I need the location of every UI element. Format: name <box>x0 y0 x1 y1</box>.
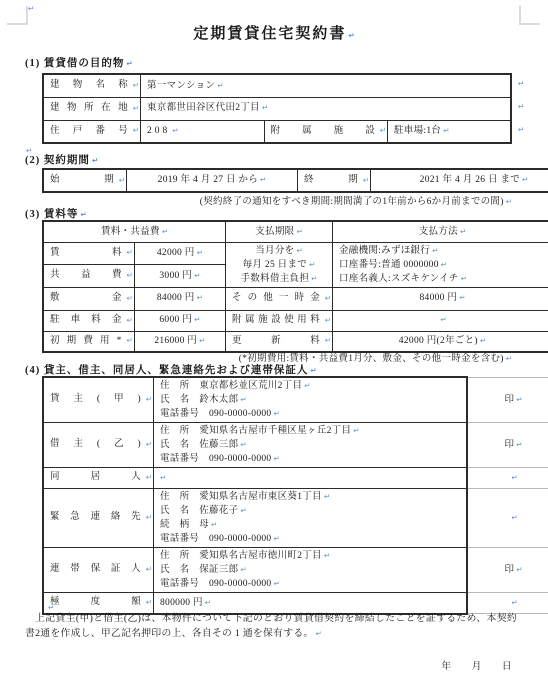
renewal-fee-value: 42000 円(2年ごと)↵ <box>333 331 548 352</box>
table-row: 同居人↵ ↵ ↵ <box>43 468 548 489</box>
deposit-label: 敷金↵ <box>43 287 134 310</box>
method-line: 口座番号:普通 0000000↵ <box>339 258 546 272</box>
table-row: 貸主(甲)↵ 住 所 東京都杉並区荒川2丁目↵ 氏 名 鈴木太郎↵ 電話番号 0… <box>43 377 548 423</box>
parties-table-wrap: 貸主(甲)↵ 住 所 東京都杉並区荒川2丁目↵ 氏 名 鈴木太郎↵ 電話番号 0… <box>42 376 548 615</box>
paragraph-mark-icon: ↵ <box>325 291 331 305</box>
paragraph-mark-icon: ↵ <box>146 563 152 577</box>
paragraph-mark-icon: ↵ <box>262 103 268 112</box>
paragraph-mark-icon: ↵ <box>518 79 524 88</box>
paragraph-mark-icon: ↵ <box>240 506 246 515</box>
paragraph-mark-icon: ↵ <box>119 173 125 187</box>
cohabitant-details: ↵ <box>154 468 468 489</box>
name-line: 氏 名 佐藤三郎↵ <box>160 438 460 452</box>
paragraph-mark-icon: ↵ <box>316 629 322 638</box>
paragraph-mark-icon: ↵ <box>260 175 266 184</box>
paragraph-mark-icon: ↵ <box>440 315 446 324</box>
max-guarantee-seal-cell: ↵ <box>467 593 548 614</box>
paragraph-mark-icon: ↵ <box>461 274 467 283</box>
paragraph-mark-icon: ↵ <box>146 438 152 452</box>
paragraph-mark-icon: ↵ <box>353 426 359 435</box>
paragraph-mark-icon: ↵ <box>133 78 139 92</box>
lessor-label: 貸主(甲)↵ <box>43 377 154 423</box>
phone-line: 電話番号 090-0000-0000↵ <box>160 577 460 591</box>
lessee-details: 住 所 愛知県名古屋市千種区星ヶ丘2丁目↵ 氏 名 佐藤三郎↵ 電話番号 090… <box>154 423 468 468</box>
max-guarantee-value: 800000 円↵ <box>154 593 468 614</box>
unit-number-label: 住戸番号↵ <box>43 120 141 143</box>
deposit-value: 84000 円↵ <box>134 287 225 310</box>
table-header-row: 賃料・共益費↵ 支払期限↵ 支払方法↵ <box>43 221 548 242</box>
attached-facility-value: 駐車場:1台↵ <box>388 120 512 143</box>
deadline-line: 手数料借主負担↵ <box>232 272 326 286</box>
term-table: 始期↵ 2019 年 4 月 27 日 から↵ 終期↵ 2021 年 4 月 2… <box>42 168 548 193</box>
paragraph-mark-icon: ↵ <box>48 603 54 612</box>
paragraph-mark-icon: ↵ <box>460 227 466 236</box>
unit-number-value: 208↵ <box>141 120 265 143</box>
address-line: 住 所 愛知県名古屋市徳川町2丁目↵ <box>160 549 460 563</box>
term-table-wrap: 始期↵ 2019 年 4 月 27 日 から↵ 終期↵ 2021 年 4 月 2… <box>42 168 548 193</box>
paragraph-mark-icon: ↵ <box>348 31 354 40</box>
lessee-label: 借主(乙)↵ <box>43 423 154 468</box>
paragraph-mark-icon: ↵ <box>522 175 528 184</box>
table-row: 賃料↵ 42000 円↵ 当月分を↵ 毎月 25 日まで↵ 手数料借主負担↵ 金… <box>43 242 548 265</box>
table-row: 極度額↵ 800000 円↵ ↵ <box>43 593 548 614</box>
paragraph-mark-icon: ↵ <box>516 440 522 449</box>
paragraph-mark-icon: ↵ <box>380 124 386 138</box>
phone-line: 電話番号 090-0000-0000↵ <box>160 532 460 546</box>
paragraph-mark-icon: ↵ <box>506 197 512 206</box>
paragraph-mark-icon: ↵ <box>205 598 211 607</box>
parties-table: 貸主(甲)↵ 住 所 東京都杉並区荒川2丁目↵ 氏 名 鈴木太郎↵ 電話番号 0… <box>42 376 548 615</box>
term-notice-note: (契約終了の通知をすべき期間:期間満了の1年前から6か月前までの間)↵ <box>42 193 512 207</box>
paragraph-mark-icon: ↵ <box>240 440 246 449</box>
address-line: 住 所 東京都杉並区荒川2丁目↵ <box>160 379 460 393</box>
cohabitant-label: 同居人↵ <box>43 468 154 489</box>
paragraph-mark-icon: ↵ <box>160 473 166 482</box>
paragraph-mark-icon: ↵ <box>197 248 203 257</box>
paragraph-mark-icon: ↵ <box>296 227 302 236</box>
relation-line: 続 柄 母↵ <box>160 518 460 532</box>
paragraph-mark-icon: ↵ <box>240 395 246 404</box>
lessor-seal-cell: 印↵ <box>467 377 548 423</box>
paragraph-mark-icon: ↵ <box>511 473 517 482</box>
paragraph-mark-icon: ↵ <box>172 126 178 135</box>
common-fee-value: 3000 円↵ <box>134 265 225 288</box>
building-name-label: 建物名称↵ <box>43 74 141 97</box>
paragraph-mark-icon: ↵ <box>126 268 132 282</box>
paragraph-mark-icon: ↵ <box>133 101 139 115</box>
lessor-details: 住 所 東京都杉並区荒川2丁目↵ 氏 名 鈴木太郎↵ 電話番号 090-0000… <box>154 377 468 423</box>
paragraph-mark-icon: ↵ <box>310 366 316 375</box>
phone-line: 電話番号 090-0000-0000↵ <box>160 407 460 421</box>
paragraph-mark-icon: ↵ <box>459 293 465 302</box>
guarantor-label: 連帯保証人↵ <box>43 548 154 593</box>
renewal-fee-label: 更新料↵ <box>226 331 333 352</box>
paragraph-mark-icon: ↵ <box>443 126 449 135</box>
facility-fee-label: 附属施設使用料↵ <box>226 310 333 331</box>
address-line: 住 所 愛知県名古屋市東区葵1丁目↵ <box>160 490 460 504</box>
table-row: 借主(乙)↵ 住 所 愛知県名古屋市千種区星ヶ丘2丁目↵ 氏 名 佐藤三郎↵ 電… <box>43 423 548 468</box>
name-line: 氏 名 鈴木太郎↵ <box>160 393 460 407</box>
paragraph-mark-icon: ↵ <box>296 246 302 255</box>
paragraph-mark-icon: ↵ <box>325 334 331 348</box>
paragraph-mark-icon: ↵ <box>324 551 330 560</box>
rent-value: 42000 円↵ <box>134 242 225 265</box>
phone-line: 電話番号 090-0000-0000↵ <box>160 452 460 466</box>
paragraph-mark-icon: ↵ <box>304 381 310 390</box>
paragraph-mark-icon: ↵ <box>516 565 522 574</box>
rent-fee-column-header: 賃料・共益費↵ <box>43 221 226 242</box>
paragraph-mark-icon: ↵ <box>325 313 331 327</box>
term-end-label: 終期↵ <box>298 169 371 192</box>
initial-cost-label: 初期費用*↵ <box>43 331 134 352</box>
contract-document-page: ↵ 定期賃貸住宅契約書↵ (1) 賃貸借の目的物↵ 建物名称↵ 第一マンション↵… <box>0 0 548 700</box>
emergency-contact-seal-cell: ↵ <box>467 489 548 548</box>
paragraph-mark-icon: ↵ <box>146 511 152 525</box>
term-end-value: 2021 年 4 月 26 日 まで↵ <box>371 169 548 192</box>
paragraph-mark-icon: ↵ <box>126 334 132 348</box>
parking-fee-value: 6000 円↵ <box>134 310 225 331</box>
section1-heading: (1) 賃貸借の目的物↵ <box>25 55 133 70</box>
lessee-seal-cell: 印↵ <box>467 423 548 468</box>
term-start-label: 始期↵ <box>43 169 127 192</box>
initial-cost-value: 216000 円↵ <box>134 331 225 352</box>
property-table: 建物名称↵ 第一マンション↵ 建物所在地↵ 東京都世田谷区代田2丁目↵ 住戸番号… <box>42 73 512 144</box>
table-row: 緊急連絡先↵ 住 所 愛知県名古屋市東区葵1丁目↵ 氏 名 佐藤花子↵ 続 柄 … <box>43 489 548 548</box>
other-onetime-value: 84000 円↵ <box>333 287 548 310</box>
paragraph-mark-icon: ↵ <box>199 336 205 345</box>
paragraph-mark-icon: ↵ <box>28 4 34 13</box>
paragraph-mark-icon: ↵ <box>126 313 132 327</box>
table-row: 駐車料金↵ 6000 円↵ 附属施設使用料↵ ↵ <box>43 310 548 331</box>
section2-heading: (2) 契約期間↵ <box>25 152 98 167</box>
table-row: 建物所在地↵ 東京都世田谷区代田2丁目↵ <box>43 97 511 120</box>
paragraph-mark-icon: ↵ <box>126 246 132 260</box>
paragraph-mark-icon: ↵ <box>309 260 315 269</box>
deadline-line: 毎月 25 日まで↵ <box>232 258 326 272</box>
paragraph-mark-icon: ↵ <box>432 246 438 255</box>
paragraph-mark-icon: ↵ <box>273 534 279 543</box>
paragraph-mark-icon: ↵ <box>146 595 152 609</box>
guarantor-seal-cell: 印↵ <box>467 548 548 593</box>
paragraph-mark-icon: ↵ <box>506 354 512 363</box>
payment-method-column-header: 支払方法↵ <box>333 221 548 242</box>
deadline-line: 当月分を↵ <box>232 244 326 258</box>
paragraph-mark-icon: ↵ <box>146 471 152 485</box>
paragraph-mark-icon: ↵ <box>441 260 447 269</box>
paragraph-mark-icon: ↵ <box>516 395 522 404</box>
table-row: 初期費用*↵ 216000 円↵ 更新料↵ 42000 円(2年ごと)↵ <box>43 331 548 352</box>
paragraph-mark-icon: ↵ <box>197 293 203 302</box>
payment-method-cell: 金融機関:みずほ銀行↵ 口座番号:普通 0000000↵ 口座名義人:スズキケン… <box>333 242 548 287</box>
paragraph-mark-icon: ↵ <box>480 336 486 345</box>
facility-fee-value: ↵ <box>333 310 548 331</box>
building-name-value: 第一マンション↵ <box>141 74 512 97</box>
payment-deadline-column-header: 支払期限↵ <box>226 221 333 242</box>
paragraph-mark-icon: ↵ <box>363 173 369 187</box>
paragraph-mark-icon: ↵ <box>273 409 279 418</box>
paragraph-mark-icon: ↵ <box>518 125 524 134</box>
name-line: 氏 名 佐藤花子↵ <box>160 504 460 518</box>
max-guarantee-label: 極度額↵ <box>43 593 154 614</box>
section4-heading: (4) 貸主、借主、同居人、緊急連絡先および連帯保証人↵ <box>25 362 317 377</box>
paragraph-mark-icon: ↵ <box>80 210 86 219</box>
paragraph-mark-icon: ↵ <box>146 393 152 407</box>
building-address-value: 東京都世田谷区代田2丁目↵ <box>141 97 512 120</box>
paragraph-mark-icon: ↵ <box>92 156 98 165</box>
date-line: 年 月 日 <box>25 658 512 672</box>
rent-label: 賃料↵ <box>43 242 134 265</box>
table-row: 住戸番号↵ 208↵ 附属施設↵ 駐車場:1台↵ <box>43 120 511 143</box>
rent-table: 賃料・共益費↵ 支払期限↵ 支払方法↵ 賃料↵ 42000 円↵ 当月分を↵ 毎… <box>42 220 548 353</box>
paragraph-mark-icon: ↵ <box>162 227 168 236</box>
table-row: 始期↵ 2019 年 4 月 27 日 から↵ 終期↵ 2021 年 4 月 2… <box>43 169 548 192</box>
attached-facility-label: 附属施設↵ <box>264 120 388 143</box>
cohabitant-seal-cell: ↵ <box>467 468 548 489</box>
paragraph-mark-icon: ↵ <box>217 81 223 90</box>
rent-table-wrap: 賃料・共益費↵ 支払期限↵ 支払方法↵ 賃料↵ 42000 円↵ 当月分を↵ 毎… <box>42 220 548 353</box>
name-line: 氏 名 保証三郎↵ <box>160 563 460 577</box>
paragraph-mark-icon: ↵ <box>324 492 330 501</box>
emergency-contact-label: 緊急連絡先↵ <box>43 489 154 548</box>
document-title: 定期賃貸住宅契約書↵ <box>0 22 548 43</box>
method-line: 金融機関:みずほ銀行↵ <box>339 244 546 258</box>
other-onetime-label: その他一時金↵ <box>226 287 333 310</box>
address-line: 住 所 愛知県名古屋市千種区星ヶ丘2丁目↵ <box>160 424 460 438</box>
paragraph-mark-icon: ↵ <box>133 124 139 138</box>
paragraph-mark-icon: ↵ <box>518 102 524 111</box>
paragraph-mark-icon: ↵ <box>511 598 517 607</box>
table-row: 敷金↵ 84000 円↵ その他一時金↵ 84000 円↵ <box>43 287 548 310</box>
payment-deadline-cell: 当月分を↵ 毎月 25 日まで↵ 手数料借主負担↵ <box>226 242 333 287</box>
property-table-wrap: 建物名称↵ 第一マンション↵ 建物所在地↵ 東京都世田谷区代田2丁目↵ 住戸番号… <box>42 73 512 144</box>
paragraph-mark-icon: ↵ <box>126 291 132 305</box>
paragraph-mark-icon: ↵ <box>126 59 132 68</box>
paragraph-mark-icon: ↵ <box>240 565 246 574</box>
paragraph-mark-icon: ↵ <box>511 513 517 522</box>
table-row: 連帯保証人↵ 住 所 愛知県名古屋市徳川町2丁目↵ 氏 名 保証三郎↵ 電話番号… <box>43 548 548 593</box>
method-line: 口座名義人:スズキケンイチ↵ <box>339 272 546 286</box>
paragraph-mark-icon: ↵ <box>273 454 279 463</box>
guarantor-details: 住 所 愛知県名古屋市徳川町2丁目↵ 氏 名 保証三郎↵ 電話番号 090-00… <box>154 548 468 593</box>
building-address-label: 建物所在地↵ <box>43 97 141 120</box>
section3-heading: (3) 賃料等↵ <box>25 206 87 221</box>
closing-paragraph: 上記貸主(甲)と借主(乙)は、本物件について下記のとおり賃貸借契約を締結したこと… <box>25 612 517 642</box>
paragraph-mark-icon: ↵ <box>211 520 217 529</box>
emergency-contact-details: 住 所 愛知県名古屋市東区葵1丁目↵ 氏 名 佐藤花子↵ 続 柄 母↵ 電話番号… <box>154 489 468 548</box>
paragraph-mark-icon: ↵ <box>311 274 317 283</box>
row-end-marks: ↵ ↵ ↵ <box>512 73 528 144</box>
term-start-value: 2019 年 4 月 27 日 から↵ <box>127 169 298 192</box>
table-row: 建物名称↵ 第一マンション↵ <box>43 74 511 97</box>
parking-fee-label: 駐車料金↵ <box>43 310 134 331</box>
paragraph-mark-icon: ↵ <box>273 579 279 588</box>
paragraph-mark-icon: ↵ <box>194 315 200 324</box>
paragraph-mark-icon: ↵ <box>194 271 200 280</box>
common-fee-label: 共益費↵ <box>43 265 134 288</box>
